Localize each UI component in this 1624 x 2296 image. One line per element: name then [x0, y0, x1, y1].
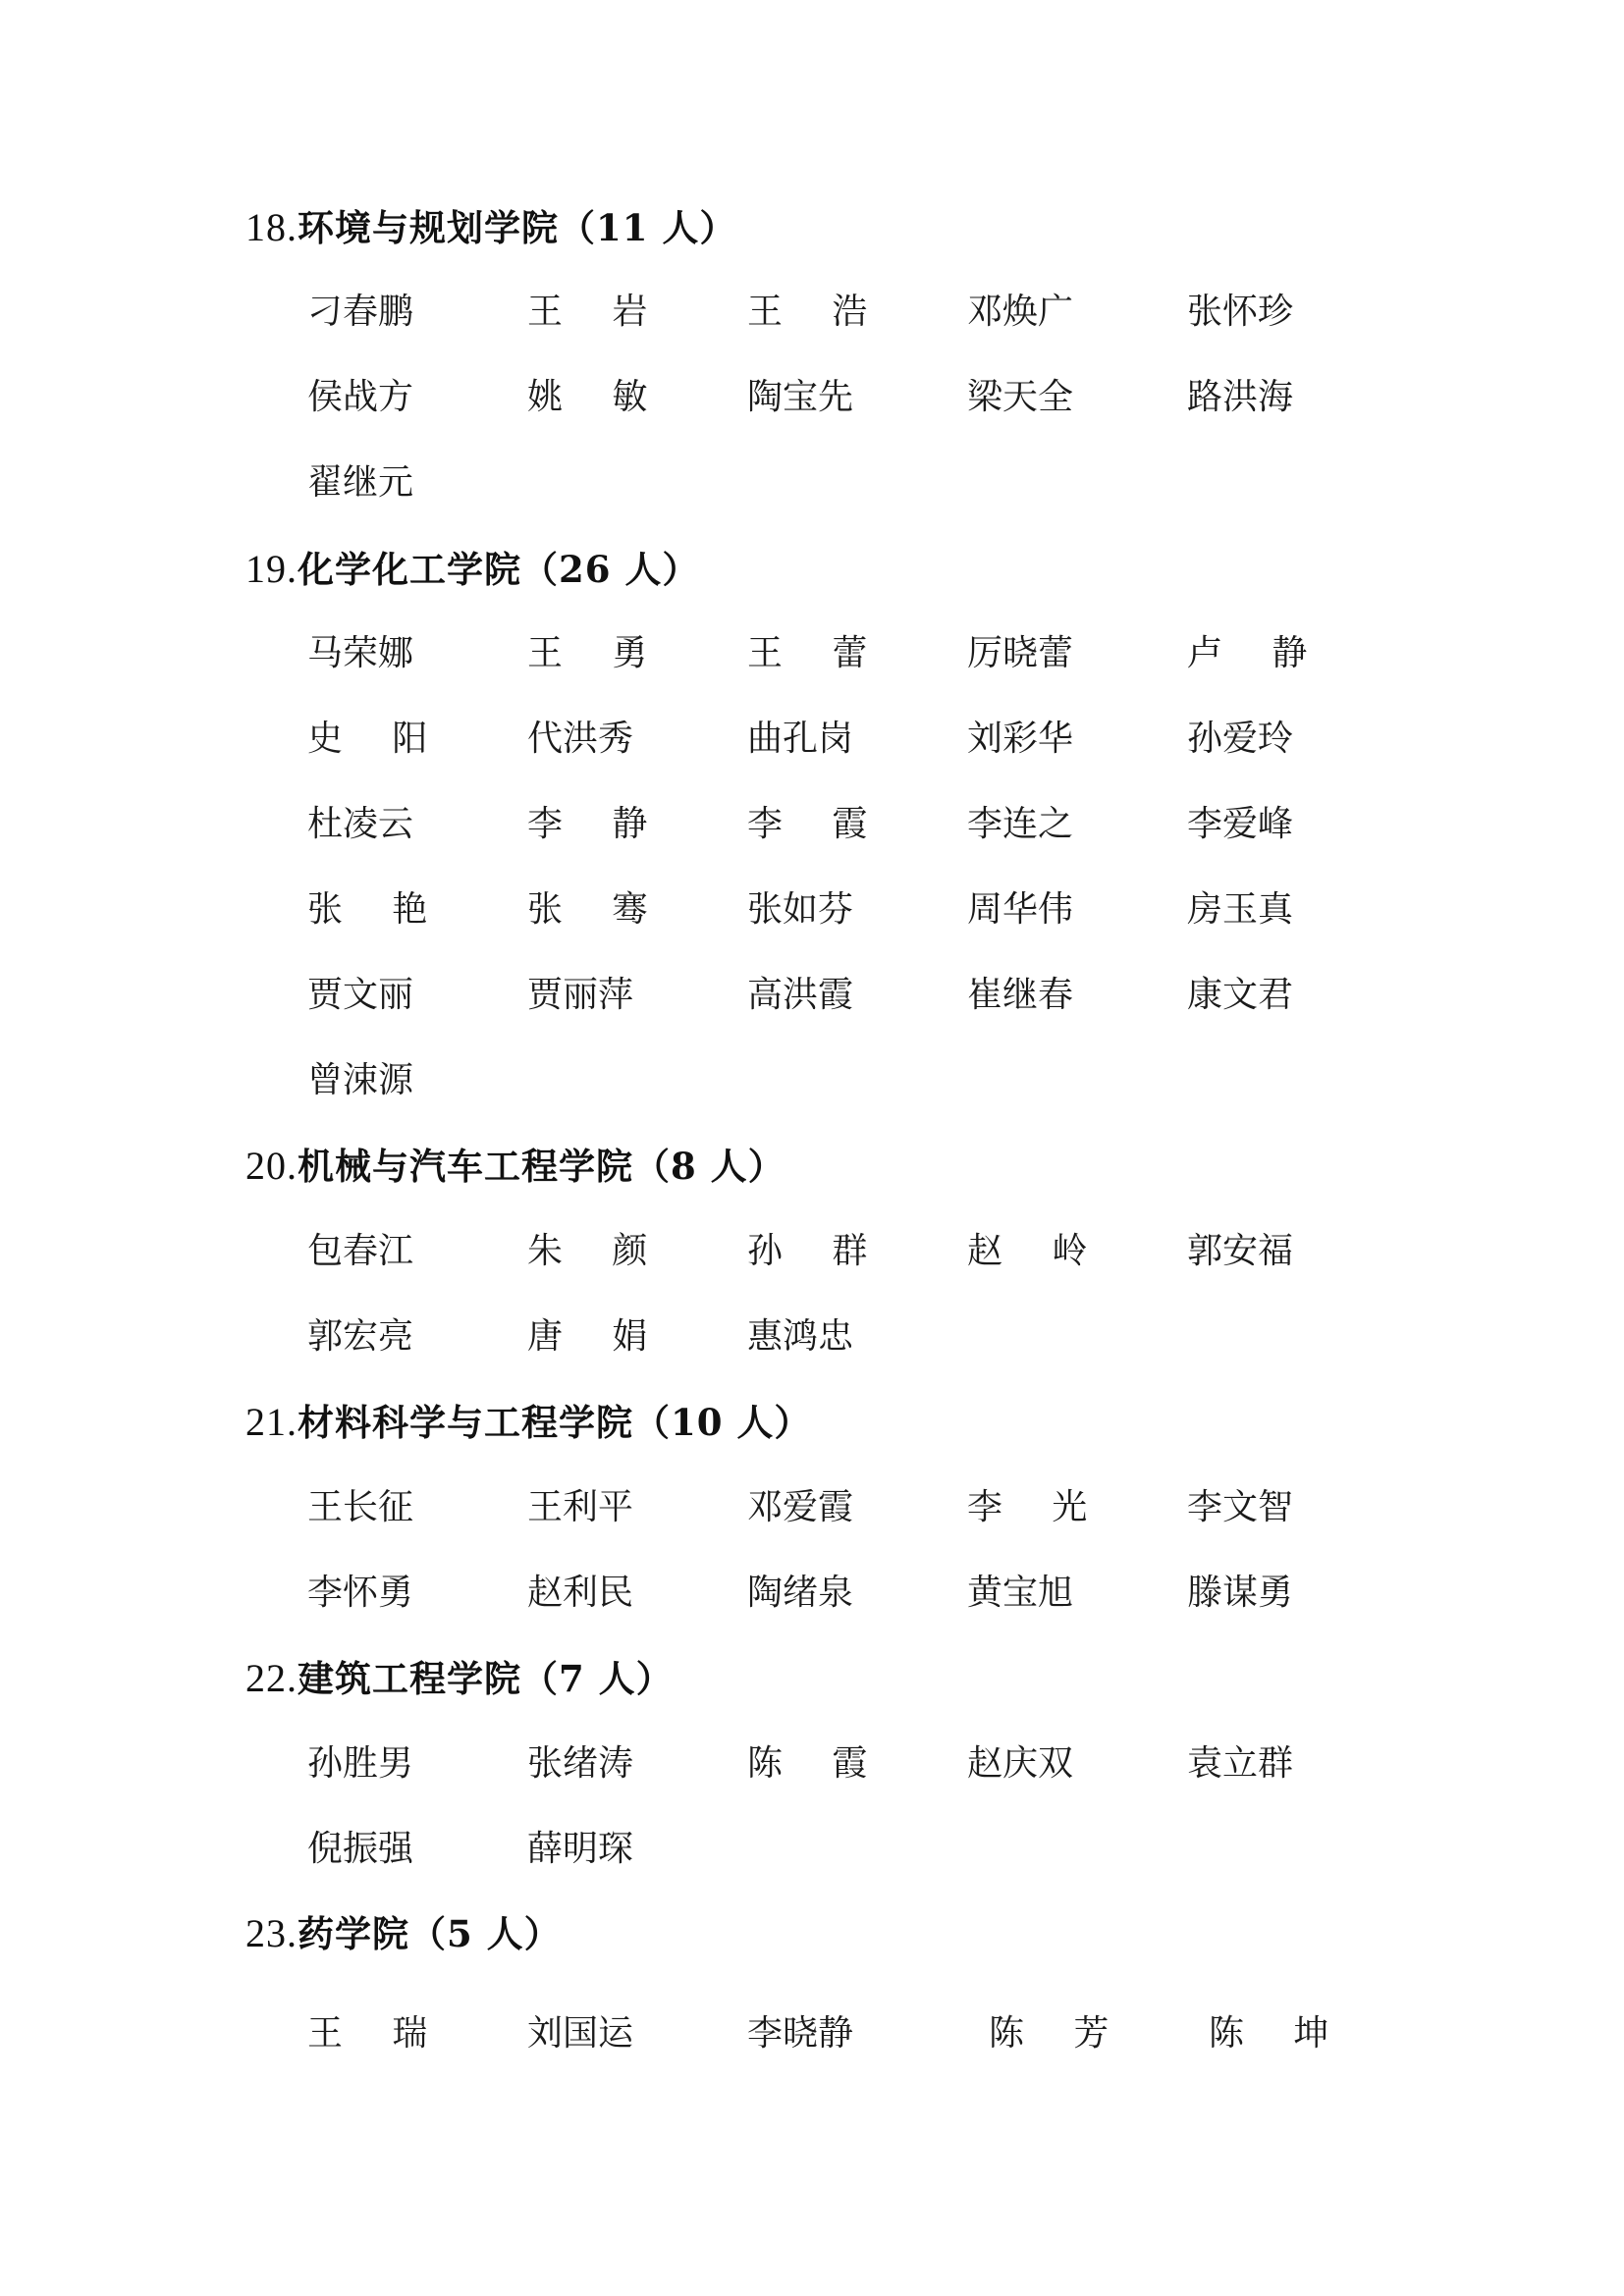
name-row: 刁春鹏 王岩 王浩 邓焕广 张怀珍	[0, 288, 1624, 337]
person-name: 惠鸿忠	[747, 1312, 853, 1362]
section-title: 建筑工程学院	[298, 1657, 521, 1700]
section-number: 23.	[245, 1911, 298, 1955]
person-name: 梁天全	[967, 373, 1073, 422]
person-name: 路洪海	[1187, 373, 1293, 422]
person-name: 姚敏	[527, 373, 697, 422]
person-name: 孙胜男	[307, 1739, 413, 1789]
person-name: 王利平	[527, 1483, 633, 1532]
person-name: 王瑞	[307, 2009, 477, 2058]
person-name: 崔继春	[967, 971, 1073, 1020]
person-name: 赵庆双	[967, 1739, 1073, 1789]
section-title: 药学院	[298, 1912, 409, 1955]
person-name: 赵岭	[967, 1227, 1137, 1276]
person-name: 朱颜	[527, 1227, 697, 1276]
person-name: 赵利民	[527, 1569, 633, 1618]
person-name: 刘彩华	[967, 715, 1073, 764]
person-name: 张如芬	[747, 885, 853, 934]
person-name: 李连之	[967, 800, 1073, 849]
section-count: （7 人）	[521, 1657, 674, 1700]
section-count: （26 人）	[521, 548, 699, 591]
section-heading: 19.化学化工学院（26 人）	[245, 545, 699, 594]
section-number: 22.	[245, 1656, 298, 1700]
person-name: 高洪霞	[747, 971, 853, 1020]
section-title: 环境与规划学院	[298, 206, 559, 249]
person-name: 王岩	[527, 288, 697, 337]
person-name: 黄宝旭	[967, 1569, 1073, 1618]
person-name: 张骞	[527, 885, 697, 934]
name-row: 王长征 王利平 邓爱霞 李光 李文智	[0, 1483, 1624, 1532]
person-name: 孙群	[747, 1227, 917, 1276]
name-row: 侯战方 姚敏 陶宝先 梁天全 路洪海	[0, 373, 1624, 422]
section-title: 化学化工学院	[298, 548, 521, 591]
person-name: 史阳	[307, 715, 477, 764]
person-name: 郭安福	[1187, 1227, 1293, 1276]
person-name: 薛明琛	[527, 1825, 633, 1874]
section-count: （5 人）	[409, 1912, 562, 1955]
section-heading: 20.机械与汽车工程学院（8 人）	[245, 1142, 785, 1191]
person-name: 滕谋勇	[1187, 1569, 1293, 1618]
document-page: 18.环境与规划学院（11 人） 刁春鹏 王岩 王浩 邓焕广 张怀珍 侯战方 姚…	[0, 0, 1624, 2296]
section-count: （10 人）	[633, 1401, 811, 1444]
person-name: 李静	[527, 800, 697, 849]
person-name: 卢静	[1187, 629, 1357, 678]
person-name: 曾涑源	[307, 1056, 413, 1105]
person-name: 包春江	[307, 1227, 413, 1276]
person-name: 马荣娜	[307, 629, 413, 678]
person-name: 张绪涛	[527, 1739, 633, 1789]
person-name: 李爱峰	[1187, 800, 1293, 849]
person-name: 李怀勇	[307, 1569, 413, 1618]
person-name: 李霞	[747, 800, 917, 849]
section-heading: 18.环境与规划学院（11 人）	[245, 203, 736, 252]
section-heading: 23.药学院（5 人）	[245, 1909, 562, 1958]
section-count: （8 人）	[633, 1145, 785, 1188]
section-number: 20.	[245, 1144, 298, 1188]
person-name: 邓焕广	[967, 288, 1073, 337]
person-name: 王勇	[527, 629, 697, 678]
name-row: 李怀勇 赵利民 陶绪泉 黄宝旭 滕谋勇	[0, 1569, 1624, 1618]
name-row: 孙胜男 张绪涛 陈霞 赵庆双 袁立群	[0, 1739, 1624, 1789]
person-name: 陈芳	[989, 2009, 1159, 2058]
name-row: 杜凌云 李静 李霞 李连之 李爱峰	[0, 800, 1624, 849]
person-name: 陶绪泉	[747, 1569, 853, 1618]
name-row: 马荣娜 王勇 王蕾 厉晓蕾 卢静	[0, 629, 1624, 678]
section-title: 材料科学与工程学院	[298, 1401, 633, 1444]
person-name: 李晓静	[747, 2009, 853, 2058]
person-name: 贾丽萍	[527, 971, 633, 1020]
person-name: 李光	[967, 1483, 1137, 1532]
person-name: 张艳	[307, 885, 477, 934]
person-name: 王长征	[307, 1483, 413, 1532]
person-name: 陈坤	[1209, 2009, 1379, 2058]
person-name: 侯战方	[307, 373, 413, 422]
person-name: 李文智	[1187, 1483, 1293, 1532]
person-name: 孙爱玲	[1187, 715, 1293, 764]
person-name: 王蕾	[747, 629, 917, 678]
person-name: 张怀珍	[1187, 288, 1293, 337]
section-number: 21.	[245, 1400, 298, 1444]
person-name: 袁立群	[1187, 1739, 1293, 1789]
section-heading: 21.材料科学与工程学院（10 人）	[245, 1398, 811, 1447]
person-name: 厉晓蕾	[967, 629, 1073, 678]
section-heading: 22.建筑工程学院（7 人）	[245, 1654, 674, 1703]
person-name: 郭宏亮	[307, 1312, 413, 1362]
name-row: 倪振强 薛明琛	[0, 1825, 1624, 1874]
name-row: 翟继元	[0, 458, 1624, 507]
name-row: 曾涑源	[0, 1056, 1624, 1105]
person-name: 王浩	[747, 288, 917, 337]
person-name: 翟继元	[307, 458, 413, 507]
person-name: 代洪秀	[527, 715, 633, 764]
name-row: 贾文丽 贾丽萍 高洪霞 崔继春 康文君	[0, 971, 1624, 1020]
section-title: 机械与汽车工程学院	[298, 1145, 633, 1188]
person-name: 刘国运	[527, 2009, 633, 2058]
person-name: 刁春鹏	[307, 288, 413, 337]
name-row: 包春江 朱颜 孙群 赵岭 郭安福	[0, 1227, 1624, 1276]
person-name: 陈霞	[747, 1739, 917, 1789]
person-name: 唐娟	[527, 1312, 697, 1362]
name-row: 郭宏亮 唐娟 惠鸿忠	[0, 1312, 1624, 1362]
name-row: 史阳 代洪秀 曲孔岗 刘彩华 孙爱玲	[0, 715, 1624, 764]
person-name: 倪振强	[307, 1825, 413, 1874]
section-number: 18.	[245, 205, 298, 249]
person-name: 康文君	[1187, 971, 1293, 1020]
name-row: 张艳 张骞 张如芬 周华伟 房玉真	[0, 885, 1624, 934]
person-name: 贾文丽	[307, 971, 413, 1020]
section-count: （11 人）	[559, 206, 736, 249]
section-number: 19.	[245, 547, 298, 591]
name-row: 王瑞 刘国运 李晓静 陈芳 陈坤	[0, 2009, 1624, 2058]
person-name: 房玉真	[1187, 885, 1293, 934]
person-name: 陶宝先	[747, 373, 853, 422]
person-name: 杜凌云	[307, 800, 413, 849]
person-name: 曲孔岗	[747, 715, 853, 764]
person-name: 邓爱霞	[747, 1483, 853, 1532]
person-name: 周华伟	[967, 885, 1073, 934]
